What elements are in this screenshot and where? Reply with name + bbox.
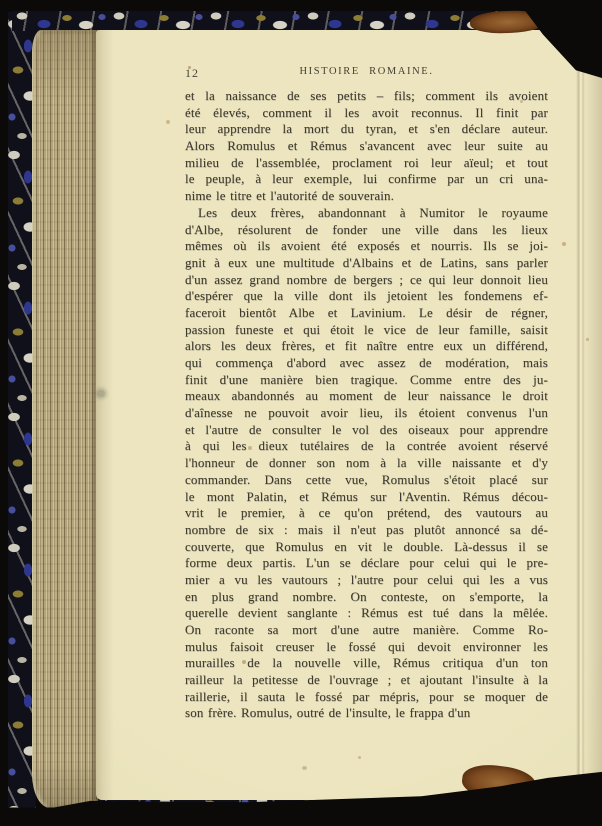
fox-spot xyxy=(166,120,170,124)
body-line: à qui les dieux tutélaires de la contrée… xyxy=(185,438,548,455)
body-line: son frère. Romulus, outré de l'insulte, … xyxy=(185,705,548,722)
body-line: le peuple, à leur exemple, lui confirme … xyxy=(185,171,548,188)
body-line: et l'autre de consulter le vol des oisea… xyxy=(185,422,548,439)
body-line: d'un assez grand nombre de bergers ; ce … xyxy=(185,272,548,289)
body-line: milieu de l'assemblée, proclament roi le… xyxy=(185,155,548,172)
body-line: passion funeste et qui étoit le vice de … xyxy=(185,322,548,339)
body-line: d'Albe, résolurent de fonder une ville d… xyxy=(185,222,548,239)
fox-spot xyxy=(358,756,361,759)
body-line: en plus grand nombre. On conteste, on s'… xyxy=(185,589,548,606)
body-line: leur apprendre la mort du tyran, et s'en… xyxy=(185,121,548,138)
page-number: 12 xyxy=(185,66,199,80)
body-line: couverte, que Romulus en vit le double. … xyxy=(185,539,548,556)
body-line: querelle devient sanglante : Rémus est t… xyxy=(185,605,548,622)
book-page: 12 HISTOIRE ROMAINE. et la naissance de … xyxy=(96,30,602,800)
body-line: alors les deux frères, et fit naître ent… xyxy=(185,338,548,355)
body-line: railleur la petitesse de l'ouvrage ; et … xyxy=(185,672,548,689)
book-scan-photo: 12 HISTOIRE ROMAINE. et la naissance de … xyxy=(0,0,602,826)
body-line: Alors Romulus et Rémus s'avancent avec l… xyxy=(185,138,548,155)
body-line: faceroit bientôt Albe et Lavinium. Le dé… xyxy=(185,305,548,322)
running-title: HISTOIRE ROMAINE. xyxy=(185,65,548,79)
body-line: vrit le premier, à ce qu'on prétend, des… xyxy=(185,505,548,522)
body-line: et la naissance de ses petits – fils; co… xyxy=(185,88,548,105)
gutter-shadow xyxy=(584,30,602,792)
body-line: Les deux frères, abandonnant à Numitor l… xyxy=(185,205,548,222)
body-line: raillerie, il sauta le fossé par mépris,… xyxy=(185,689,548,706)
body-line: été élevés, comment il les avoit reconnu… xyxy=(185,105,548,122)
body-line: qui commença d'abord avec assez de modér… xyxy=(185,355,548,372)
body-line: mulus faisoit creuser le fossé qui devoi… xyxy=(185,639,548,656)
page-edge-stack xyxy=(32,30,98,808)
body-line: d'aînesse ne pouvoit avoir lieu, ils éto… xyxy=(185,405,548,422)
fox-spot xyxy=(97,390,105,397)
body-line: mêmes où ils avoient été exposés et nour… xyxy=(185,238,548,255)
body-line: murailles de la nouvelle ville, Rémus cr… xyxy=(185,655,548,672)
body-line: nombre de six : mais il n'eut pas plutôt… xyxy=(185,522,548,539)
body-line: l'honneur de donner son nom à la ville n… xyxy=(185,455,548,472)
fox-spot xyxy=(302,766,307,770)
body-line: commander. Dans cette vue, Romulus s'éto… xyxy=(185,472,548,489)
page-body: et la naissance de ses petits – fils; co… xyxy=(185,88,548,722)
body-line: le mont Palatin, et Rémus sur l'Aventin.… xyxy=(185,489,548,506)
fox-spot xyxy=(562,242,566,246)
page-header: 12 HISTOIRE ROMAINE. xyxy=(185,65,548,81)
body-line: gnit à eux une multitude d'Albains et de… xyxy=(185,255,548,272)
body-line: forme deux partis. L'un se déclare pour … xyxy=(185,555,548,572)
body-line: On raconte sa mort d'une autre manière. … xyxy=(185,622,548,639)
body-line: nime le titre et l'autorité de souverain… xyxy=(185,188,548,205)
body-line: d'espérer que la ville dont ils jetoient… xyxy=(185,288,548,305)
body-line: mier a vu les vautours ; l'autre pour ce… xyxy=(185,572,548,589)
body-line: finit d'une manière bien tragique. Comme… xyxy=(185,372,548,389)
body-line: meaux abandonnés au moment de leur naiss… xyxy=(185,388,548,405)
